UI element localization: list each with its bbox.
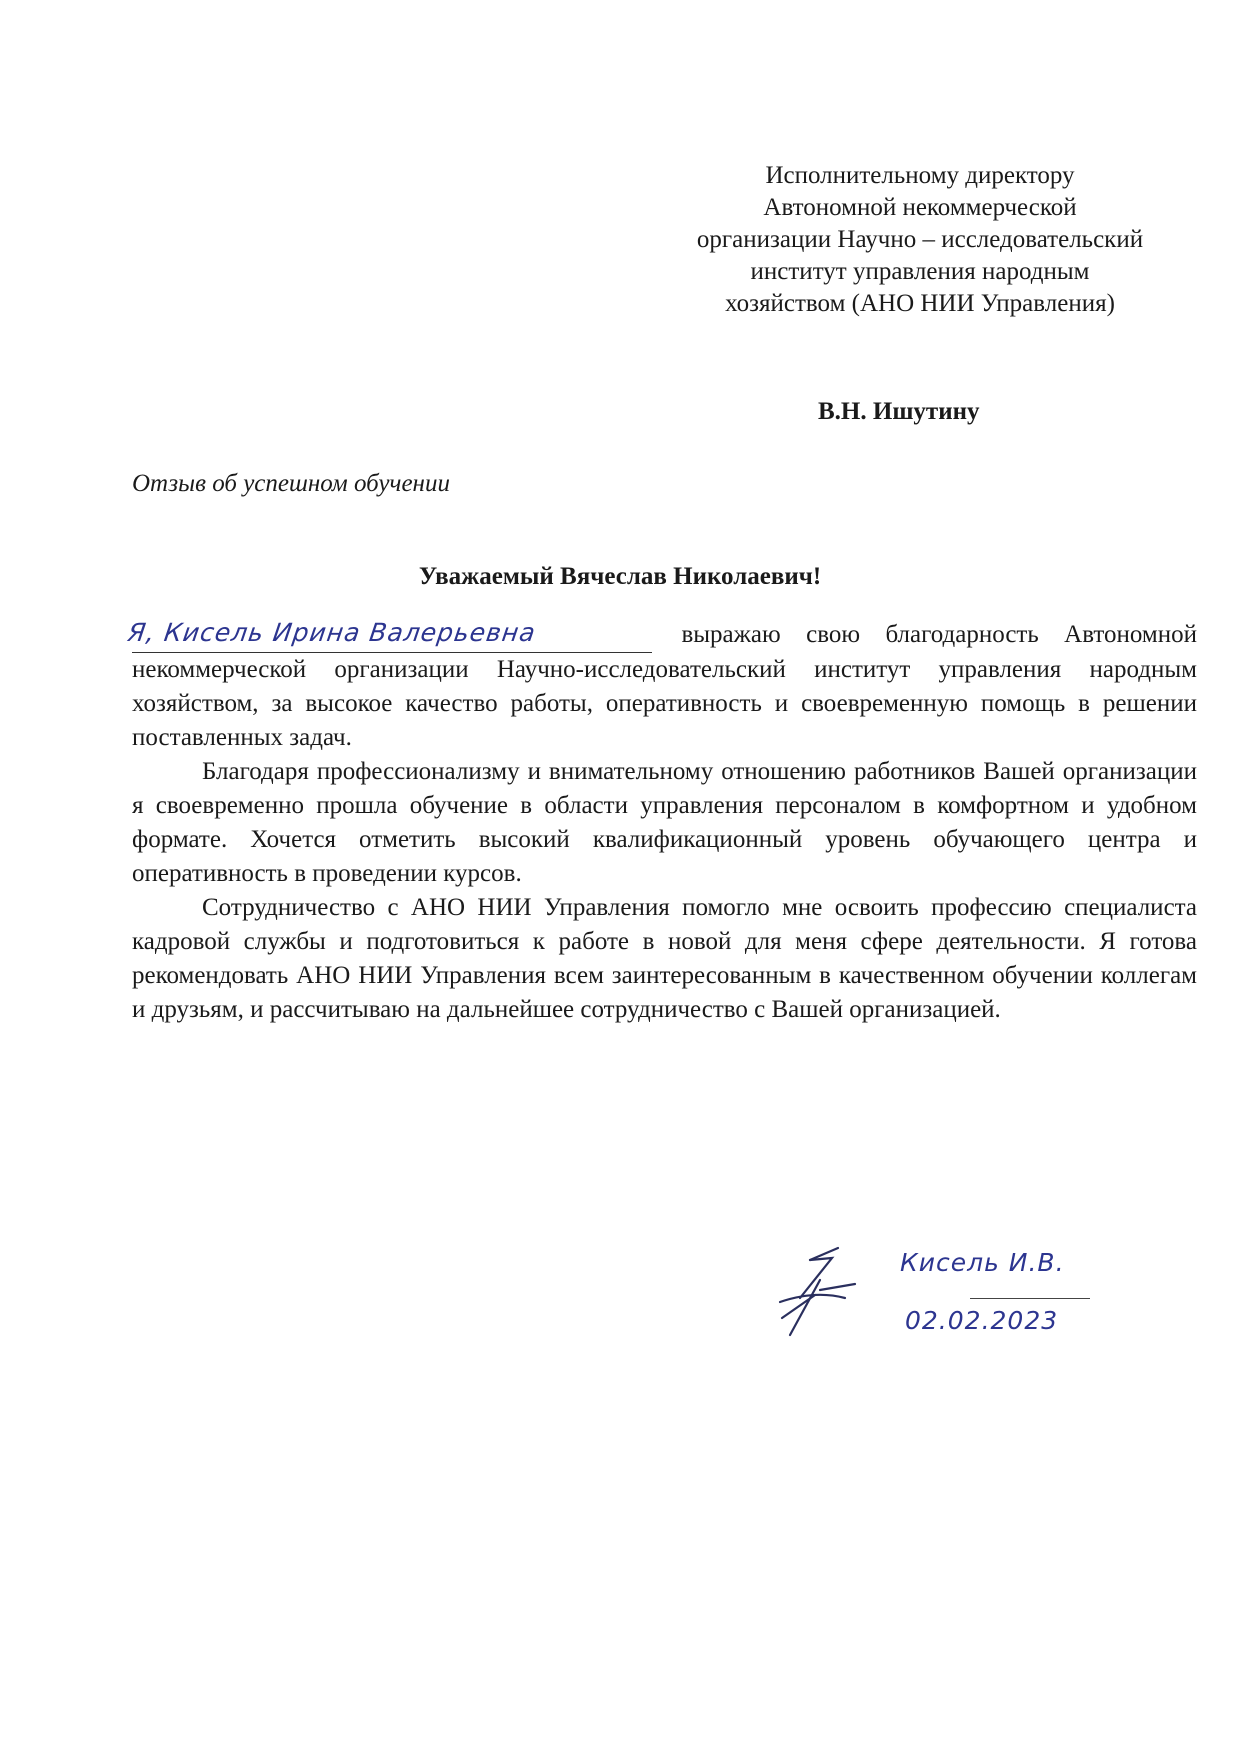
paragraph-1: Я, Кисель Ирина Валерьевна выражаю свою …: [132, 618, 1197, 755]
addressee-line: Исполнительному директору: [640, 160, 1200, 192]
document-subject: Отзыв об успешном обучении: [132, 470, 450, 498]
signature-date: 02.02.2023: [905, 1306, 1058, 1335]
addressee-line: институт управления народным: [640, 256, 1200, 288]
recipient-name: В.Н. Ишутину: [818, 398, 980, 426]
signature-block: Кисель И.В. 02.02.2023: [770, 1240, 1190, 1370]
addressee-block: Исполнительному директору Автономной нек…: [640, 160, 1200, 320]
letter-body: Я, Кисель Ирина Валерьевна выражаю свою …: [132, 618, 1197, 1027]
handwritten-name: Я, Кисель Ирина Валерьевна: [126, 616, 538, 650]
addressee-line: хозяйством (АНО НИИ Управления): [640, 288, 1200, 320]
signature-underline: [970, 1298, 1090, 1299]
signature-name: Кисель И.В.: [900, 1248, 1065, 1277]
signature-mark-icon: [770, 1240, 870, 1350]
paragraph-3: Сотрудничество с АНО НИИ Управления помо…: [132, 891, 1197, 1027]
addressee-line: Автономной некоммерческой: [640, 192, 1200, 224]
paragraph-2: Благодаря профессионализму и внимательно…: [132, 755, 1197, 891]
addressee-line: организации Научно – исследовательский: [640, 224, 1200, 256]
salutation: Уважаемый Вячеслав Николаевич!: [0, 563, 1240, 591]
handwritten-name-field: Я, Кисель Ирина Валерьевна: [132, 618, 652, 653]
